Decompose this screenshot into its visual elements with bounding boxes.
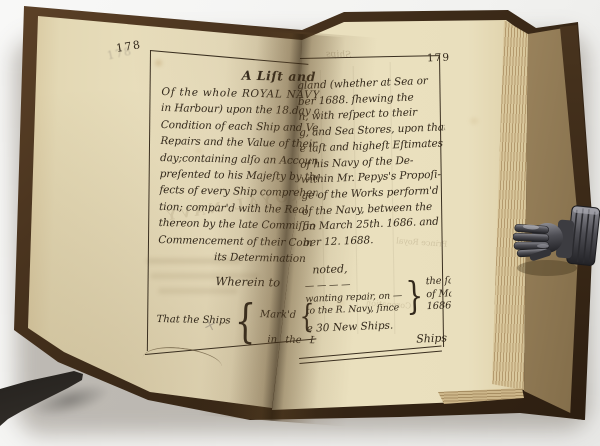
bracket-result: the ſaid 25 xyxy=(426,274,454,288)
photo-scene: ROYAL NAVY Ships Prince Royal Coronation… xyxy=(0,0,600,446)
brace-glyph: } xyxy=(405,276,424,315)
foxing-spot xyxy=(470,118,478,124)
silver-hand-clasp-icon xyxy=(513,194,600,286)
bracket-result: 1686. xyxy=(426,299,453,313)
bracket-results: the ſaid 25of March1686. xyxy=(426,274,454,313)
foxing-spot xyxy=(155,60,162,66)
bracket-result: of March xyxy=(426,287,453,301)
